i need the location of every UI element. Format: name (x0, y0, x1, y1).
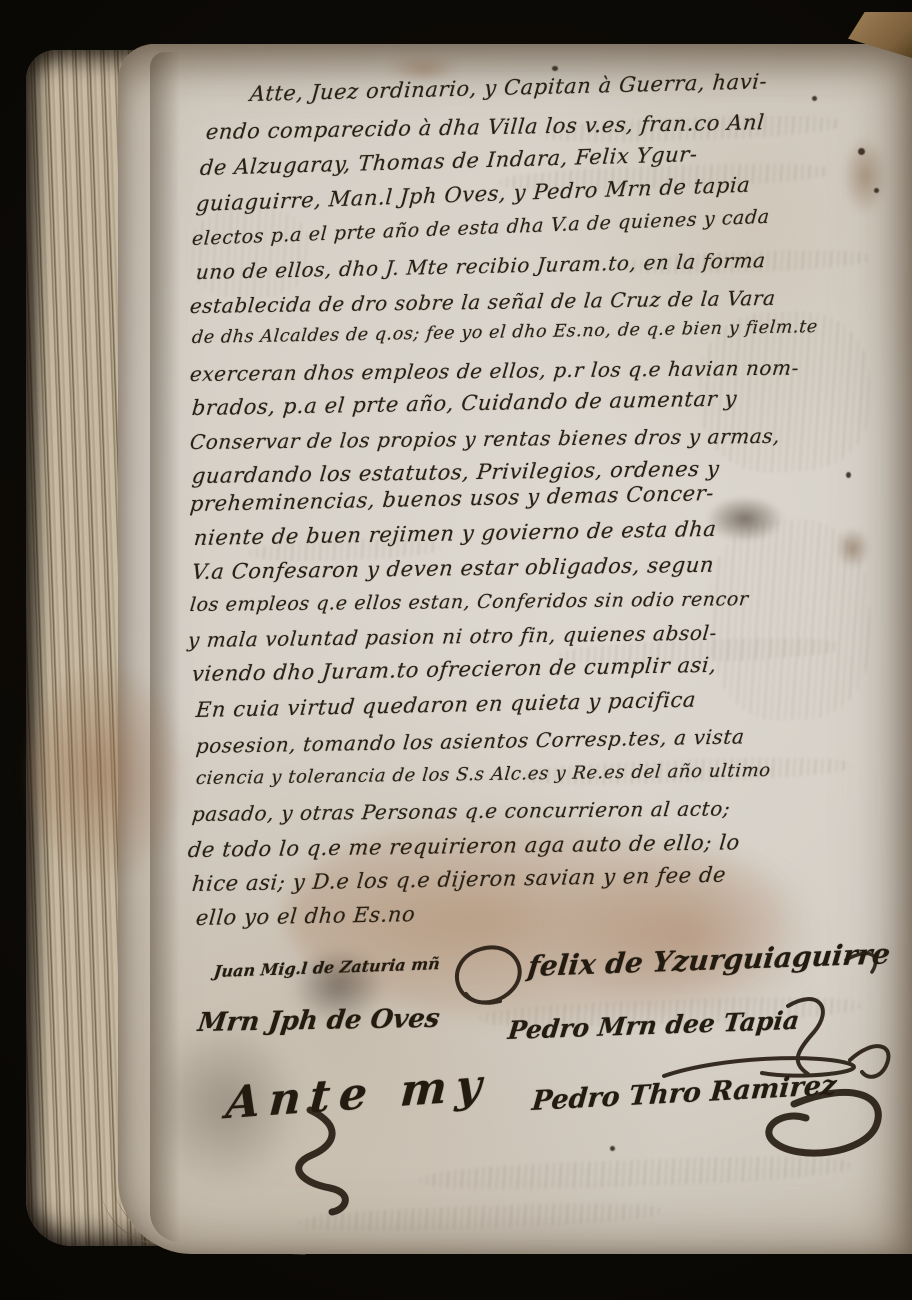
speck (874, 188, 879, 193)
ink-showthrough (707, 517, 874, 722)
manuscript-line: ello yo el dho Es.no (195, 902, 416, 930)
ink-showthrough (188, 206, 311, 300)
photograph-background: Atte, Juez ordinario, y Capitan à Guerra… (0, 0, 912, 1300)
speck (858, 148, 865, 155)
speck (846, 472, 851, 478)
gutter-shadow (150, 52, 180, 1242)
speck (552, 66, 558, 71)
signature-oves: Mrn Jph de Oves (196, 1004, 441, 1038)
speck (610, 1146, 615, 1151)
speck (812, 96, 817, 101)
